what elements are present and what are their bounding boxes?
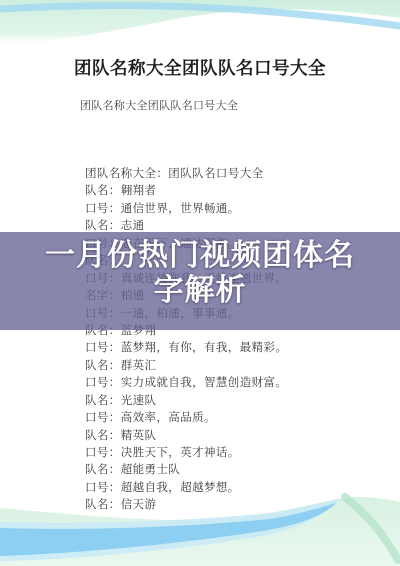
document-body: 团队名称大全：团队队名口号大全 队名：翱翔者口号：通信世界，世界畅通。队名：志通… <box>85 166 386 515</box>
team-name-line: 队名：群英汇 <box>85 358 386 375</box>
document-title: 团队名称大全团队队名口号大全 <box>0 56 400 80</box>
slogan-line: 口号：决胜天下，英才神话。 <box>85 445 386 462</box>
slogan-line: 口号：高效率，高品质。 <box>85 410 386 427</box>
caption-overlay: 一月份热门视频团体名 字解析 <box>0 232 400 330</box>
section-header: 团队名称大全：团队队名口号大全 <box>85 166 386 183</box>
article-page: 团队名称大全团队队名口号大全 团队名称大全团队队名口号大全 团队名称大全：团队队… <box>0 0 400 566</box>
slogan-line: 口号：实力成就自我，智慧创造财富。 <box>85 375 386 392</box>
team-name-line: 队名：翱翔者 <box>85 183 386 200</box>
caption-line1: 一月份热门视频团体名 <box>45 239 355 272</box>
team-name-line: 队名：超能勇士队 <box>85 462 386 479</box>
document-subtitle: 团队名称大全团队队名口号大全 <box>80 97 238 113</box>
slogan-line: 口号：通信世界，世界畅通。 <box>85 201 386 218</box>
team-name-line: 队名：精英队 <box>85 428 386 445</box>
team-name-line: 队名：信天游 <box>85 497 386 514</box>
caption-title: 一月份热门视频团体名 字解析 <box>0 232 400 308</box>
caption-line2: 字解析 <box>154 274 247 307</box>
slogan-line: 口号：超越自我，超越梦想。 <box>85 480 386 497</box>
slogan-line: 口号：蓝梦翔，有你，有我，最精彩。 <box>85 340 386 357</box>
top-wave-decoration <box>0 0 400 55</box>
team-name-line: 队名：光速队 <box>85 393 386 410</box>
